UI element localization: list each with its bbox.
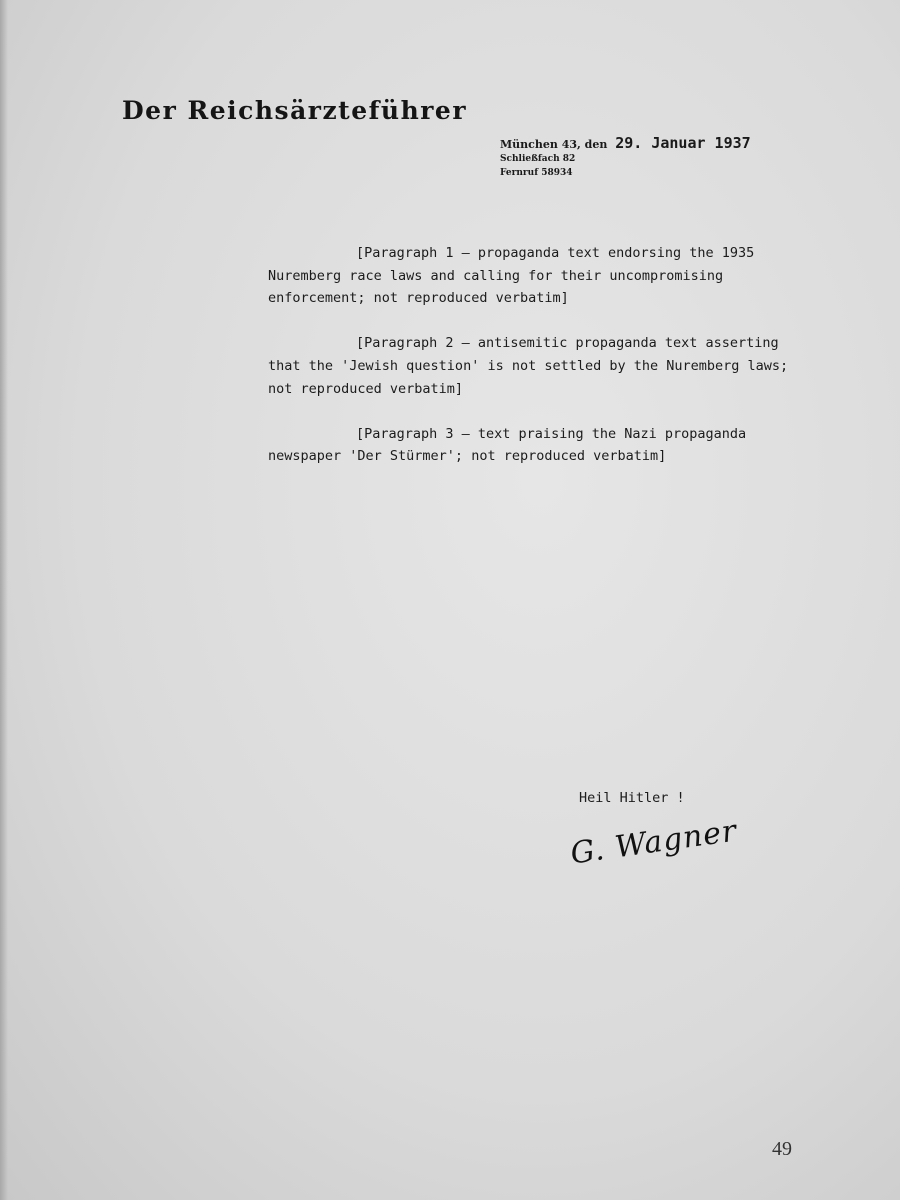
page-number: 49 [772, 1138, 792, 1161]
address-block: München 43, den 29. Januar 1937 Schließf… [500, 134, 751, 180]
city-date-line: München 43, den 29. Januar 1937 [500, 134, 751, 152]
page-edge-shadow [0, 0, 8, 1200]
body-paragraph-3: [Paragraph 3 — text praising the Nazi pr… [268, 423, 808, 468]
letterhead-title: Der Reichsärzteführer [122, 96, 467, 125]
city-line: München 43, den [500, 138, 607, 151]
body-paragraph-1: [Paragraph 1 — propaganda text endorsing… [268, 242, 808, 310]
pobox-line: Schließfach 82 [500, 152, 751, 166]
letter-date: 29. Januar 1937 [615, 134, 750, 152]
closing-salutation: Heil Hitler ! [579, 790, 685, 806]
phone-line: Fernruf 58934 [500, 166, 751, 180]
letter-body: [Paragraph 1 — propaganda text endorsing… [268, 242, 808, 468]
body-paragraph-2: [Paragraph 2 — antisemitic propaganda te… [268, 332, 808, 400]
handwritten-signature: G. Wagner [568, 814, 739, 872]
